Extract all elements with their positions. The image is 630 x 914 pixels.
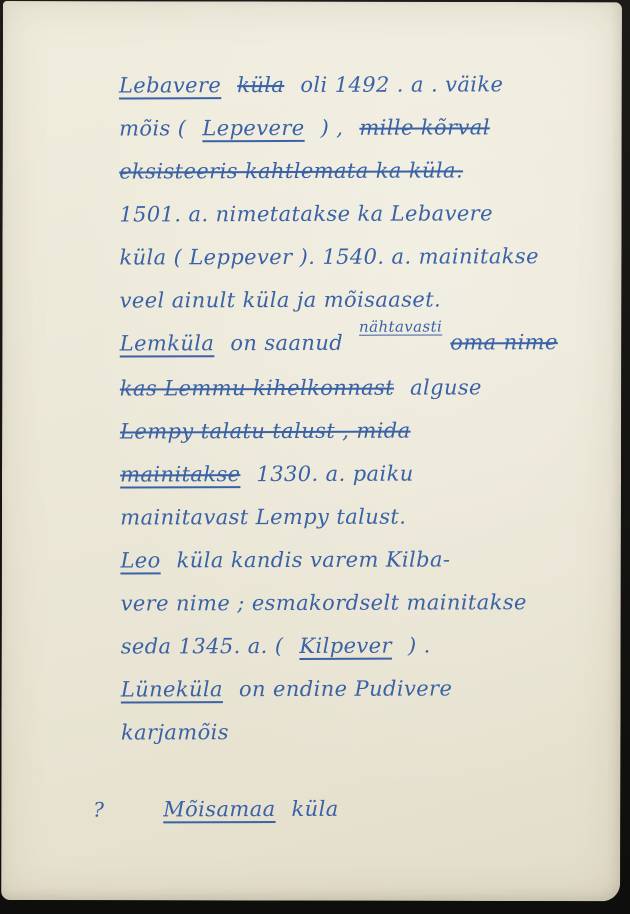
- handwriting-segment-plain: on endine Pudivere: [239, 676, 452, 701]
- handwriting-segment-plain: vere nime ; esmakordselt mainitakse: [121, 590, 527, 615]
- handwriting-line: seda 1345. a. (Kilpever) .: [121, 624, 601, 669]
- handwriting-line: ?Mõisamaaküla: [121, 787, 601, 832]
- handwriting-segment-plain: küla ( Leppever ). 1540. a. mainitakse: [119, 244, 538, 269]
- handwriting-line: mainitakse1330. a. paiku: [120, 452, 600, 497]
- handwriting-line: Lünekülaon endine Pudivere: [121, 667, 601, 712]
- handwritten-text-block: Lebaverekülaoli 1492 . a . väikemõis (Le…: [119, 63, 601, 832]
- handwriting-segment-plain: alguse: [410, 375, 482, 399]
- handwriting-line: kas Lemmu kihelkonnastalguse: [120, 366, 600, 411]
- handwriting-segment-plain: 1330. a. paiku: [256, 462, 413, 486]
- handwriting-segment-plain: karjamõis: [121, 720, 229, 744]
- handwriting-segment-plain: mõis (: [119, 116, 186, 140]
- handwriting-segment-insert: nähtavasti: [359, 317, 442, 335]
- handwriting-segment-underline: Lemküla: [120, 331, 215, 355]
- marginal-question-mark: ?: [93, 789, 104, 832]
- handwriting-segment-plain: küla kandis varem Kilba-: [177, 547, 451, 572]
- handwriting-segment-plain: ) .: [408, 634, 431, 658]
- handwriting-line: 1501. a. nimetatakse ka Lebavere: [119, 192, 599, 237]
- handwriting-segment-plain: veel ainult küla ja mõisaaset.: [120, 287, 442, 312]
- handwriting-segment-strike-underline: mainitakse: [120, 462, 240, 486]
- handwriting-segment-strike: Lempy talatu talust , mida: [120, 419, 411, 444]
- handwriting-segment-plain: on saanud: [230, 331, 343, 355]
- handwriting-segment-plain: küla: [291, 797, 338, 821]
- handwriting-segment-strike: oma nime: [450, 330, 558, 354]
- handwriting-segment-plain: ) ,: [321, 116, 344, 140]
- handwriting-segment-strike: kas Lemmu kihelkonnast: [120, 376, 394, 401]
- handwriting-segment-plain: mainitavast Lempy talust.: [120, 505, 406, 530]
- manuscript-paper: Lebaverekülaoli 1492 . a . väikemõis (Le…: [1, 1, 622, 901]
- handwriting-segment-strike: küla: [237, 73, 284, 97]
- handwriting-segment-underline: Leo: [120, 548, 160, 572]
- handwriting-line: vere nime ; esmakordselt mainitakse: [120, 581, 600, 626]
- handwriting-segment-underline: Lepevere: [202, 116, 304, 140]
- handwriting-line: eksisteeris kahtlemata ka küla.: [119, 149, 599, 194]
- handwriting-segment-underline: Lebavere: [119, 73, 221, 97]
- handwriting-line: Lempy talatu talust , mida: [120, 409, 600, 454]
- handwriting-line: Leoküla kandis varem Kilba-: [120, 538, 600, 583]
- scanner-background: Lebaverekülaoli 1492 . a . väikemõis (Le…: [0, 0, 630, 914]
- handwriting-line: Lemkülaon saanudnähtavastioma nime: [120, 321, 600, 368]
- handwriting-segment-plain: 1501. a. nimetatakse ka Lebavere: [119, 201, 493, 226]
- handwriting-line: karjamõis: [121, 710, 601, 755]
- handwriting-line: mainitavast Lempy talust.: [120, 495, 600, 540]
- handwriting-segment-underline: Kilpever: [299, 634, 392, 658]
- handwriting-segment-strike: eksisteeris kahtlemata ka küla.: [119, 158, 463, 183]
- handwriting-segment-underline: Lüneküla: [121, 677, 223, 701]
- handwriting-line: Lebaverekülaoli 1492 . a . väike: [119, 63, 599, 108]
- handwriting-segment-plain: oli 1492 . a . väike: [300, 72, 503, 97]
- handwriting-segment-strike: mille kõrval: [359, 115, 490, 139]
- handwriting-line: mõis (Lepevere) ,mille kõrval: [119, 106, 599, 151]
- handwriting-segment-plain: seda 1345. a. (: [121, 634, 284, 659]
- handwriting-line: küla ( Leppever ). 1540. a. mainitakse: [119, 235, 599, 280]
- handwriting-line: veel ainult küla ja mõisaaset.: [120, 278, 600, 323]
- handwriting-segment-underline: Mõisamaa: [163, 797, 275, 821]
